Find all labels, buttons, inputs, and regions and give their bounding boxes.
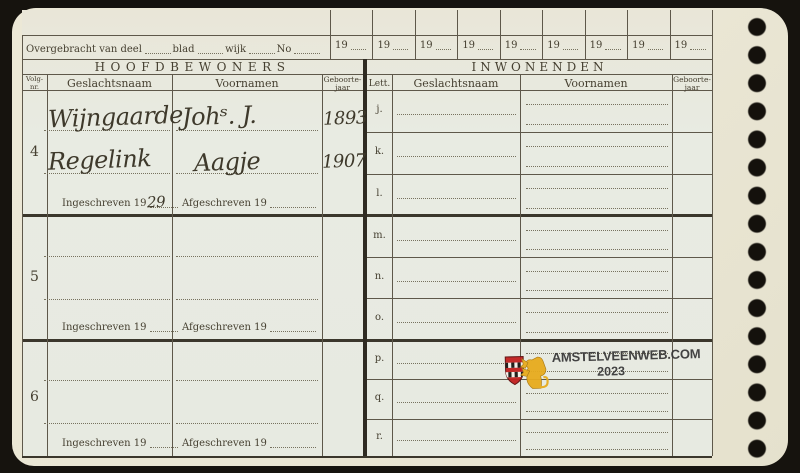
- lett-label: l.: [368, 188, 391, 200]
- year-cell: 19: [462, 40, 495, 51]
- year-cell-text: 19: [420, 40, 433, 51]
- handwritten-geslachtsnaam-2: Regelink: [48, 144, 152, 176]
- dotted-fill: [690, 46, 705, 50]
- hoofdbewoners-title: HOOFDBEWONERS: [22, 61, 363, 73]
- transfer-deel-label: Overgebracht van deel: [26, 44, 142, 55]
- geboortejaar-header-left: Geboorte- jaar: [322, 76, 363, 92]
- writing-line: [397, 156, 516, 157]
- voornamen-header-left: Voornamen: [172, 77, 322, 90]
- dotted-fill: [393, 46, 408, 50]
- dotted-fill: [351, 46, 366, 50]
- writing-line: [44, 380, 170, 381]
- year-cell: 19: [377, 40, 410, 51]
- geboortejaar-header-right: Geboorte- jaar: [672, 76, 712, 92]
- year-cell-text: 19: [675, 40, 688, 51]
- writing-line: [176, 299, 318, 300]
- ingeschreven-label-text: Ingeschreven 19: [62, 438, 147, 449]
- year-cell-text: 19: [547, 40, 560, 51]
- voornamen-header-right: Voornamen: [520, 77, 672, 90]
- writing-line: [526, 432, 668, 433]
- letter-row-divider: [367, 257, 712, 258]
- transfer-row: Overgebracht van deel blad wijk No: [26, 40, 322, 55]
- ingeschreven-label-text: Ingeschreven 19: [62, 198, 147, 209]
- dotted-fill: [270, 444, 316, 448]
- writing-line: [526, 271, 668, 272]
- lett-label: q.: [368, 392, 391, 404]
- dotted-fill: [150, 444, 179, 448]
- writing-line: [526, 104, 668, 105]
- writing-line: [397, 363, 516, 364]
- writing-line: [526, 146, 668, 147]
- dotted-fill: [648, 46, 663, 50]
- dotted-fill: [249, 50, 275, 54]
- transfer-no-label: No: [277, 44, 292, 55]
- geslachtsnaam-header-left: Geslachtsnaam: [47, 77, 172, 90]
- writing-line: [526, 449, 668, 450]
- dotted-fill: [478, 46, 493, 50]
- writing-line: [397, 240, 516, 241]
- ingeschreven-label: Ingeschreven 19: [62, 438, 180, 449]
- writing-line: [526, 411, 668, 412]
- year-column-divider: [542, 10, 543, 59]
- writing-line: [176, 423, 318, 424]
- volgnr-value: 5: [24, 269, 45, 285]
- writing-line: [397, 114, 516, 115]
- lett-label: m.: [368, 230, 391, 242]
- lett-label: r.: [368, 431, 391, 443]
- writing-line: [44, 256, 170, 257]
- volgnr-value: 4: [24, 144, 45, 160]
- writing-line: [397, 322, 516, 323]
- year-column-divider: [372, 10, 373, 59]
- volgnr-header: Volg- nr.: [22, 75, 47, 91]
- writing-line: [526, 124, 668, 125]
- handwritten-voornamen-2: Aagje: [194, 147, 261, 177]
- dotted-fill: [294, 50, 320, 54]
- writing-line: [176, 380, 318, 381]
- year-column-divider: [457, 10, 458, 59]
- writing-line: [397, 198, 516, 199]
- dotted-fill: [270, 204, 316, 208]
- volgnr-header-line2: nr.: [30, 83, 39, 91]
- year-cell: 19: [335, 40, 368, 51]
- year-cell: 19: [590, 40, 623, 51]
- geboortejaar-header-line2: jaar: [685, 83, 700, 92]
- transfer-wijk-label: wijk: [225, 44, 246, 55]
- lion-icon: [519, 348, 550, 391]
- handwritten-ingeschreven-year: 29: [147, 193, 166, 212]
- ingeschreven-label-text: Ingeschreven 19: [62, 322, 147, 333]
- writing-line: [526, 393, 668, 394]
- lett-label: p.: [368, 353, 391, 365]
- writing-line: [526, 188, 668, 189]
- year-column-divider: [330, 10, 331, 59]
- year-cell: 19: [675, 40, 708, 51]
- geboortejaar-header-line2: jaar: [335, 83, 350, 92]
- lett-label: k.: [368, 146, 391, 158]
- afgeschreven-label: Afgeschreven 19: [182, 438, 318, 449]
- writing-line: [526, 249, 668, 250]
- year-cell: 19: [547, 40, 580, 51]
- letter-row-divider: [367, 298, 712, 299]
- writing-line: [44, 299, 170, 300]
- lett-header: Lett.: [367, 78, 392, 91]
- writing-line: [526, 332, 668, 333]
- handwritten-geboortejaar-2: 1907: [322, 150, 367, 173]
- dotted-fill: [605, 46, 620, 50]
- afgeschreven-label-text: Afgeschreven 19: [182, 438, 267, 449]
- handwritten-geslachtsnaam-1: Wijngaarde: [48, 101, 184, 134]
- lett-label: n.: [368, 271, 391, 283]
- writing-line: [526, 230, 668, 231]
- writing-line: [176, 256, 318, 257]
- afgeschreven-label-text: Afgeschreven 19: [182, 322, 267, 333]
- year-cell-text: 19: [462, 40, 475, 51]
- writing-line: [526, 312, 668, 313]
- geslachtsnaam-header-right: Geslachtsnaam: [392, 77, 520, 90]
- handwritten-voornamen-1: Johˢ. J.: [182, 101, 257, 132]
- year-column-divider: [627, 10, 628, 59]
- letter-row-divider: [367, 132, 712, 133]
- dotted-fill: [270, 328, 316, 332]
- afgeschreven-label-text: Afgeschreven 19: [182, 198, 267, 209]
- writing-line: [526, 208, 668, 209]
- year-cell: 19: [505, 40, 538, 51]
- handwritten-geboortejaar-1: 1893: [323, 107, 368, 130]
- volgnr-value: 6: [24, 389, 45, 405]
- writing-line: [44, 423, 170, 424]
- year-cell-text: 19: [505, 40, 518, 51]
- binder-holes: [747, 14, 767, 464]
- transfer-blad-label: blad: [173, 44, 195, 55]
- year-cell: 19: [632, 40, 665, 51]
- dotted-fill: [150, 328, 179, 332]
- volgnr-header-line1: Volg-: [26, 75, 43, 83]
- letter-row-divider: [367, 419, 712, 420]
- letter-row-divider: [367, 174, 712, 175]
- year-column-divider: [500, 10, 501, 59]
- year-column-divider: [670, 10, 671, 59]
- dotted-fill: [563, 46, 578, 50]
- writing-line: [526, 166, 668, 167]
- year-column-divider: [415, 10, 416, 59]
- watermark-year-text: 2023: [552, 363, 670, 380]
- afgeschreven-label: Afgeschreven 19: [182, 322, 318, 333]
- year-cell-text: 19: [377, 40, 390, 51]
- lett-label: j.: [368, 104, 391, 116]
- year-cell-text: 19: [590, 40, 603, 51]
- afgeschreven-label: Afgeschreven 19: [182, 198, 318, 209]
- writing-line: [397, 440, 516, 441]
- dotted-fill: [145, 50, 171, 54]
- register-card-scan: Overgebracht van deel blad wijk No HOOFD…: [0, 0, 800, 473]
- dotted-fill: [520, 46, 535, 50]
- inwonenden-title: INWONENDEN: [367, 61, 712, 73]
- watermark: AMSTELVEENWEB.COM 2023: [499, 343, 676, 394]
- year-cell-text: 19: [632, 40, 645, 51]
- year-column-divider: [585, 10, 586, 59]
- writing-line: [526, 290, 668, 291]
- lett-label: o.: [368, 312, 391, 324]
- writing-line: [397, 402, 516, 403]
- ingeschreven-label: Ingeschreven 19: [62, 322, 180, 333]
- year-cell-text: 19: [335, 40, 348, 51]
- dotted-fill: [436, 46, 451, 50]
- year-cell: 19: [420, 40, 453, 51]
- writing-line: [397, 281, 516, 282]
- dotted-fill: [198, 50, 224, 54]
